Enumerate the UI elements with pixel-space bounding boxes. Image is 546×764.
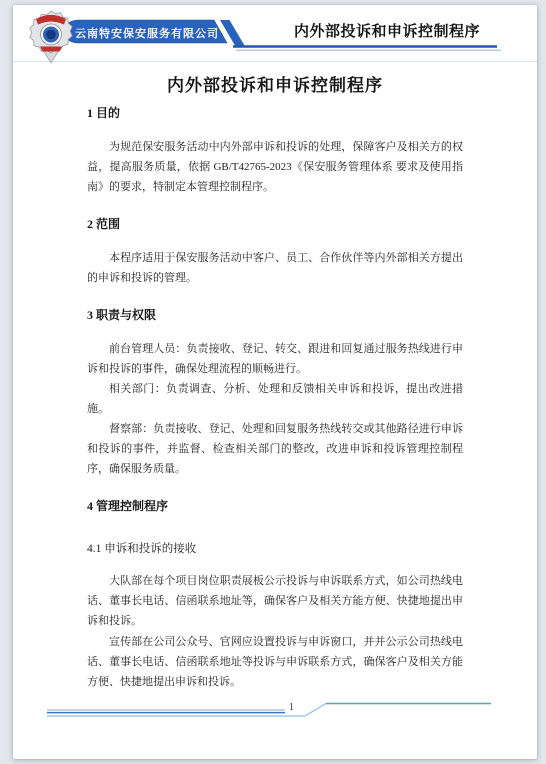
subsection-heading-receiving: 4.1 申诉和投诉的接收 (87, 539, 463, 559)
paragraph: 前台管理人员：负责接收、登记、转交、跟进和回复通过服务热线进行申诉和投诉的事件，… (87, 339, 463, 379)
company-name: 云南特安保安服务有限公司 (73, 25, 221, 41)
page-header: 云南特安保安服务有限公司 内外部投诉和申诉控制程序 (13, 5, 537, 62)
scan-background: 云南特安保安服务有限公司 内外部投诉和申诉控制程序 内外部投诉和申诉控制程序 1… (0, 0, 546, 764)
section-heading-responsibilities: 3 职责与权限 (87, 306, 463, 324)
footer-rule-graphic (45, 697, 505, 723)
paragraph: 督察部：负责接收、登记、处理和回复服务热线转交或其他路径进行申诉和投诉的事件，并… (87, 419, 463, 479)
security-badge-icon (28, 10, 74, 64)
paragraph: 大队部在每个项目岗位职责展板公示投诉与申诉联系方式，如公司热线电话、董事长电话、… (87, 571, 463, 631)
document-title: 内外部投诉和申诉控制程序 (87, 74, 463, 98)
section-heading-purpose: 1 目的 (87, 104, 463, 122)
paragraph: 本程序适用于保安服务活动中客户、员工、合作伙伴等内外部相关方提出的申诉和投诉的管… (87, 248, 463, 288)
section-heading-procedure: 4 管理控制程序 (87, 497, 463, 515)
document-body: 内外部投诉和申诉控制程序 1 目的 为规范保安服务活动中内外部申诉和投诉的处理，… (13, 62, 537, 692)
paragraph: 为规范保安服务活动中内外部申诉和投诉的处理，保障客户及相关方的权益，提高服务质量… (87, 137, 463, 197)
header-doc-title: 内外部投诉和申诉控制程序 (262, 20, 512, 41)
page-number: 1 (289, 702, 294, 714)
paragraph: 相关部门：负责调查、分析、处理和反馈相关申诉和投诉，提出改进措施。 (87, 379, 463, 419)
paragraph: 宣传部在公司公众号、官网应设置投诉与申诉窗口，并并公示公司热线电话、董事长电话、… (87, 632, 463, 692)
section-heading-scope: 2 范围 (87, 215, 463, 233)
document-page: 云南特安保安服务有限公司 内外部投诉和申诉控制程序 内外部投诉和申诉控制程序 1… (13, 5, 537, 759)
page-footer: 1 (45, 697, 505, 723)
